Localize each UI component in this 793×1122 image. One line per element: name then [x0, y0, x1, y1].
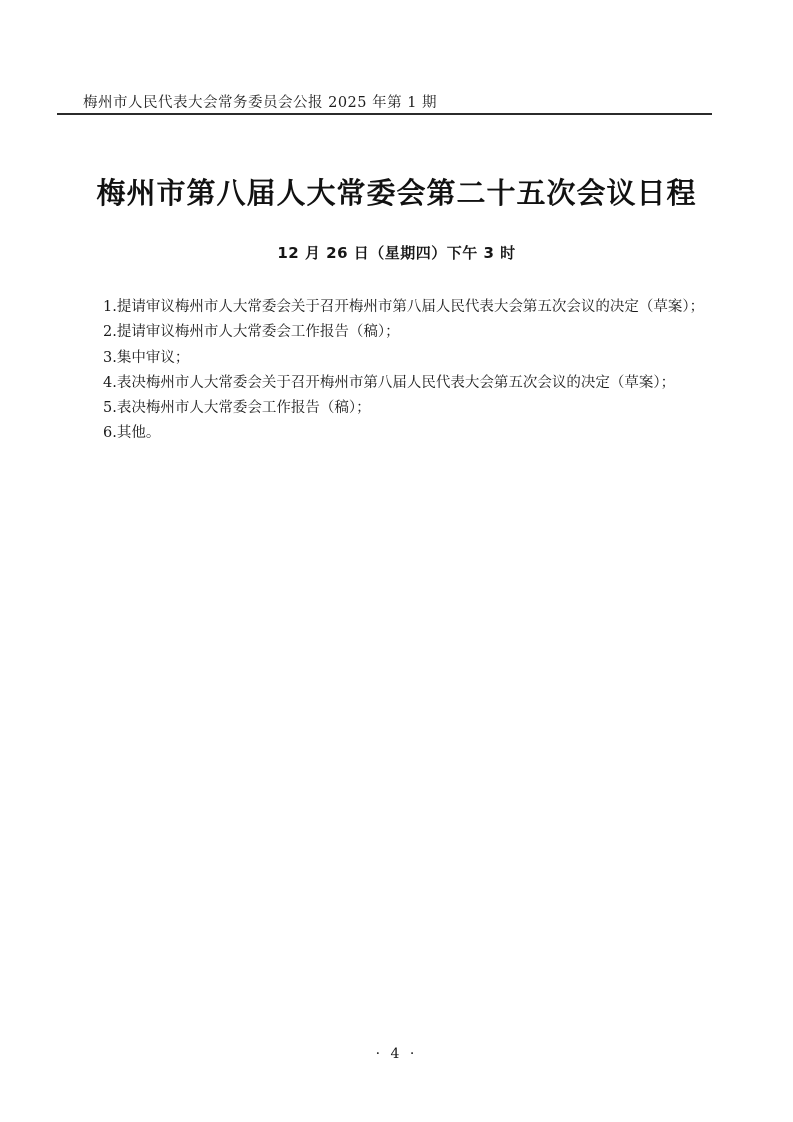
- document-page: 梅州市人民代表大会常务委员会公报 2025 年第 1 期 梅州市第八届人大常委会…: [0, 0, 793, 1122]
- agenda-item-2: 2.提请审议梅州市人大常委会工作报告（稿）；: [103, 320, 733, 345]
- article-title: 梅州市第八届人大常委会第二十五次会议日程: [0, 171, 793, 212]
- agenda-item-1: 1.提请审议梅州市人大常委会关于召开梅州市第八届人民代表大会第五次会议的决定（草…: [103, 295, 733, 320]
- running-header-title: 梅州市人民代表大会常务委员会公报 2025 年第 1 期: [83, 91, 437, 112]
- agenda-list: 1.提请审议梅州市人大常委会关于召开梅州市第八届人民代表大会第五次会议的决定（草…: [103, 295, 733, 447]
- agenda-item-4: 4.表决梅州市人大常委会关于召开梅州市第八届人民代表大会第五次会议的决定（草案）…: [103, 371, 733, 396]
- page-number: · 4 ·: [0, 1046, 793, 1062]
- agenda-item-5: 5.表决梅州市人大常委会工作报告（稿）；: [103, 396, 733, 421]
- agenda-item-6: 6.其他。: [103, 421, 733, 446]
- header-rule: [57, 113, 712, 115]
- agenda-item-3: 3.集中审议；: [103, 346, 733, 371]
- meeting-datetime: 12 月 26 日（星期四）下午 3 时: [0, 242, 793, 263]
